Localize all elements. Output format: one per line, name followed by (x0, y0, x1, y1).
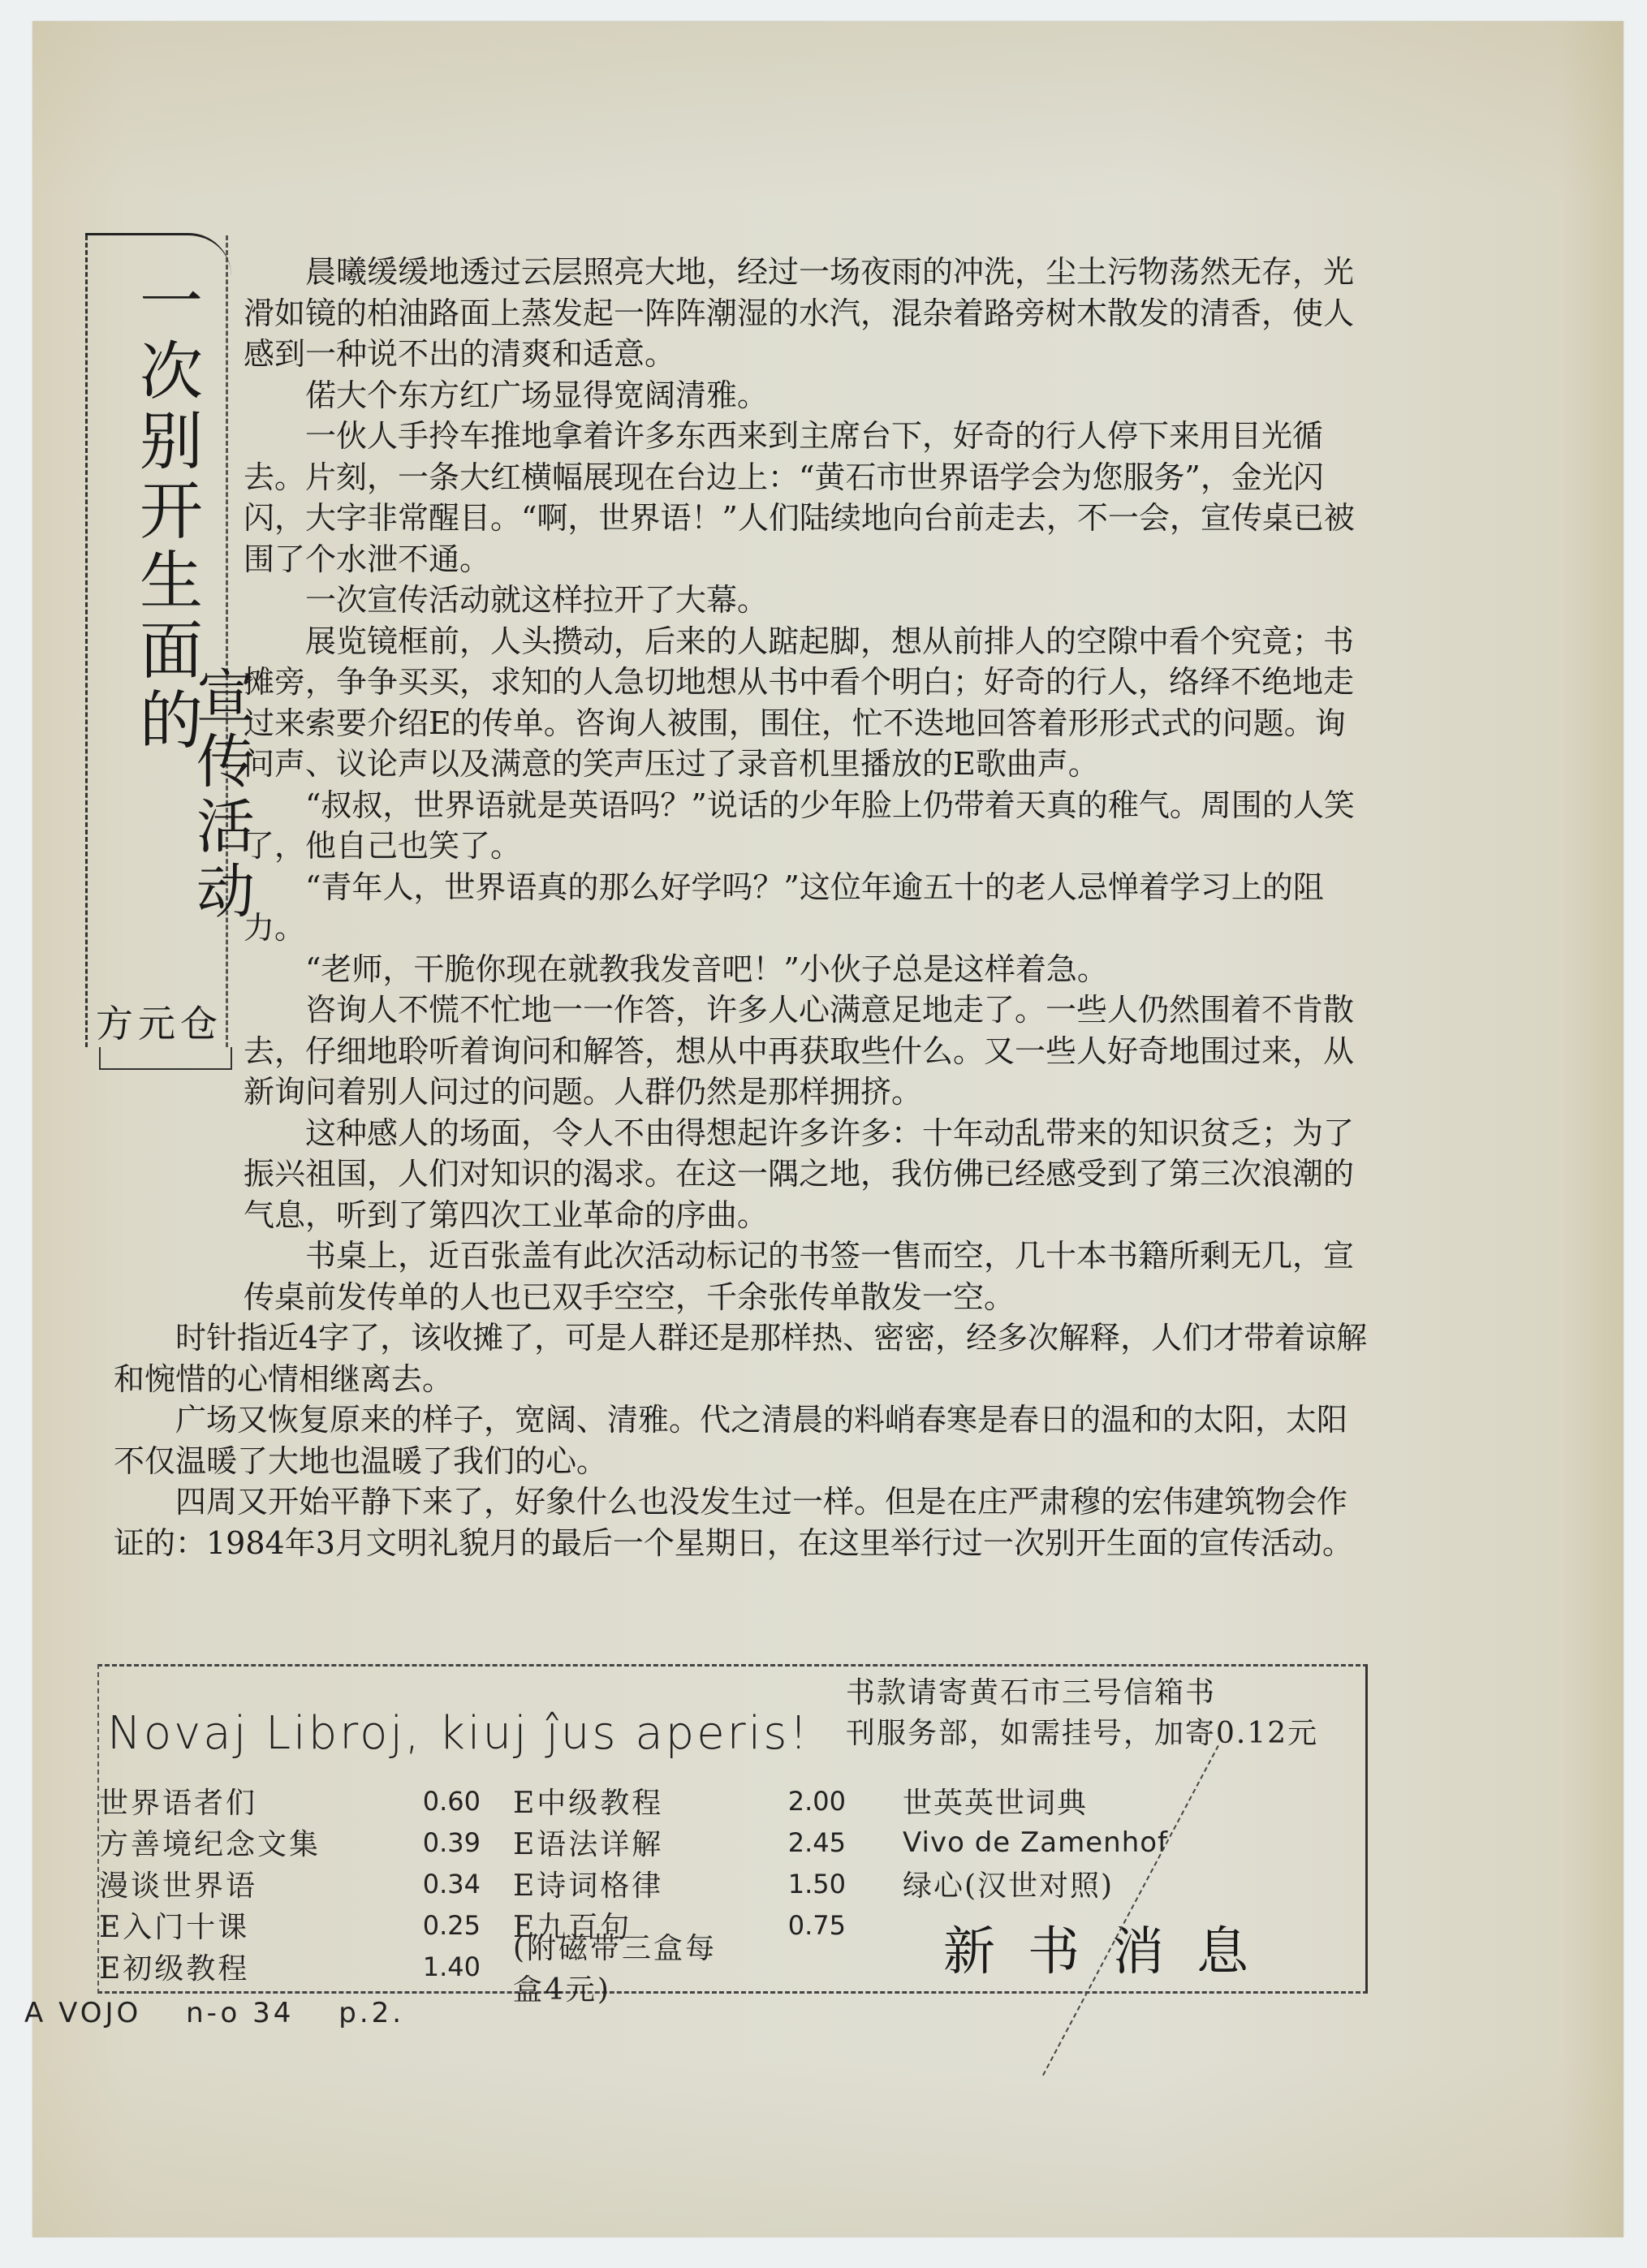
book-title: E诗词格律 (481, 1863, 748, 1904)
article-paragraph: “叔叔，世界语就是英语吗？”说话的少年脸上仍带着天真的稚气。周围的人笑了，他自己… (244, 785, 1372, 867)
article-paragraph: “老师，干脆你现在就教我发音吧！”小伙子总是这样着急。 (244, 949, 1372, 990)
book-title: 方善境纪念文集 (99, 1822, 375, 1863)
book-price: 1.40 (375, 1951, 481, 1982)
article-paragraph: 广场又恢复原来的样子，宽阔、清雅。代之清晨的料峭春寒是春日的温和的太阳，太阳不仅… (114, 1399, 1372, 1481)
article-paragraph: 咨询人不慌不忙地一一作答，许多人心满意足地走了。一些人仍然围着不肯散去，仔细地聆… (244, 990, 1372, 1113)
book-price: 0.75 (748, 1910, 846, 1941)
issue-number: n-o 34 (186, 1997, 294, 2029)
publication-name: A VOJO (24, 1997, 141, 2029)
page-number: p.2. (338, 1997, 404, 2029)
article-paragraph: 时针指近4字了，该收摊了，可是人群还是那样热、密密，经多次解释，人们才带着谅解和… (114, 1317, 1372, 1399)
book-title: 漫谈世界语 (99, 1863, 375, 1904)
book-price: 0.60 (375, 1786, 481, 1817)
article-body: 晨曦缓缓地透过云层照亮大地，经过一场夜雨的冲洗，尘土污物荡然无存，光滑如镜的柏油… (114, 252, 1372, 1563)
order-note: 书款请寄黄石市三号信箱书 刊服务部，如需挂号，加寄0.12元 (846, 1673, 1357, 1754)
book-title: 绿心(汉世对照) (846, 1863, 1114, 1904)
book-row: 世界语者们0.60E中级教程2.00世英英世词典 (99, 1780, 1349, 1822)
book-title: E语法详解 (481, 1822, 748, 1863)
book-title: Vivo de Zamenhof (846, 1826, 1168, 1859)
book-price: 2.00 (748, 1786, 846, 1817)
page-footer: A VOJO n-o 34 p.2. (24, 1997, 437, 2029)
article-paragraph: 展览镜框前，人头攒动，后来的人踮起脚，想从前排人的空隙中看个究竟；书摊旁，争争买… (244, 621, 1372, 785)
order-note-line-2: 刊服务部，如需挂号，加寄0.12元 (846, 1714, 1357, 1754)
book-price: 1.50 (748, 1869, 846, 1899)
book-title: E入门十课 (99, 1904, 375, 1946)
book-title: E初级教程 (99, 1946, 375, 1987)
book-title: (附磁带三盒每盒4元) (481, 1925, 748, 2008)
book-price: 2.45 (748, 1827, 846, 1858)
book-title: 世界语者们 (99, 1780, 375, 1822)
book-title: 世英英世词典 (846, 1780, 1088, 1822)
article-paragraph: 一伙人手拎车推地拿着许多东西来到主席台下，好奇的行人停下来用目光循去。片刻，一条… (244, 416, 1372, 580)
article-paragraph: “青年人，世界语真的那么好学吗？”这位年逾五十的老人忌惮着学习上的阻力。 (244, 867, 1372, 949)
article-paragraph: 一次宣传活动就这样拉开了大幕。 (244, 580, 1372, 621)
order-note-line-1: 书款请寄黄石市三号信箱书 (846, 1673, 1357, 1714)
book-row: 漫谈世界语0.34E诗词格律1.50绿心(汉世对照) (99, 1863, 1349, 1904)
article-paragraph: 这种感人的场面，令人不由得想起许多许多：十年动乱带来的知识贫乏；为了振兴祖国，人… (244, 1113, 1372, 1236)
book-title: E中级教程 (481, 1780, 748, 1822)
article-paragraph: 书桌上，近百张盖有此次活动标记的书签一售而空，几十本书籍所剩无几，宣传桌前发传单… (244, 1235, 1372, 1317)
book-price: 0.25 (375, 1910, 481, 1941)
article-paragraph: 偌大个东方红广场显得宽阔清雅。 (244, 375, 1372, 416)
book-price: 0.34 (375, 1869, 481, 1899)
article-paragraph: 晨曦缓缓地透过云层照亮大地，经过一场夜雨的冲洗，尘土污物荡然无存，光滑如镜的柏油… (244, 252, 1372, 375)
esperanto-slogan: Novaj Libroj, kiuj ĵus aperis! (107, 1707, 810, 1760)
article-paragraph: 四周又开始平静下来了，好象什么也没发生过一样。但是在庄严肃穆的宏伟建筑物会作证的… (114, 1481, 1372, 1563)
book-price: 0.39 (375, 1827, 481, 1858)
